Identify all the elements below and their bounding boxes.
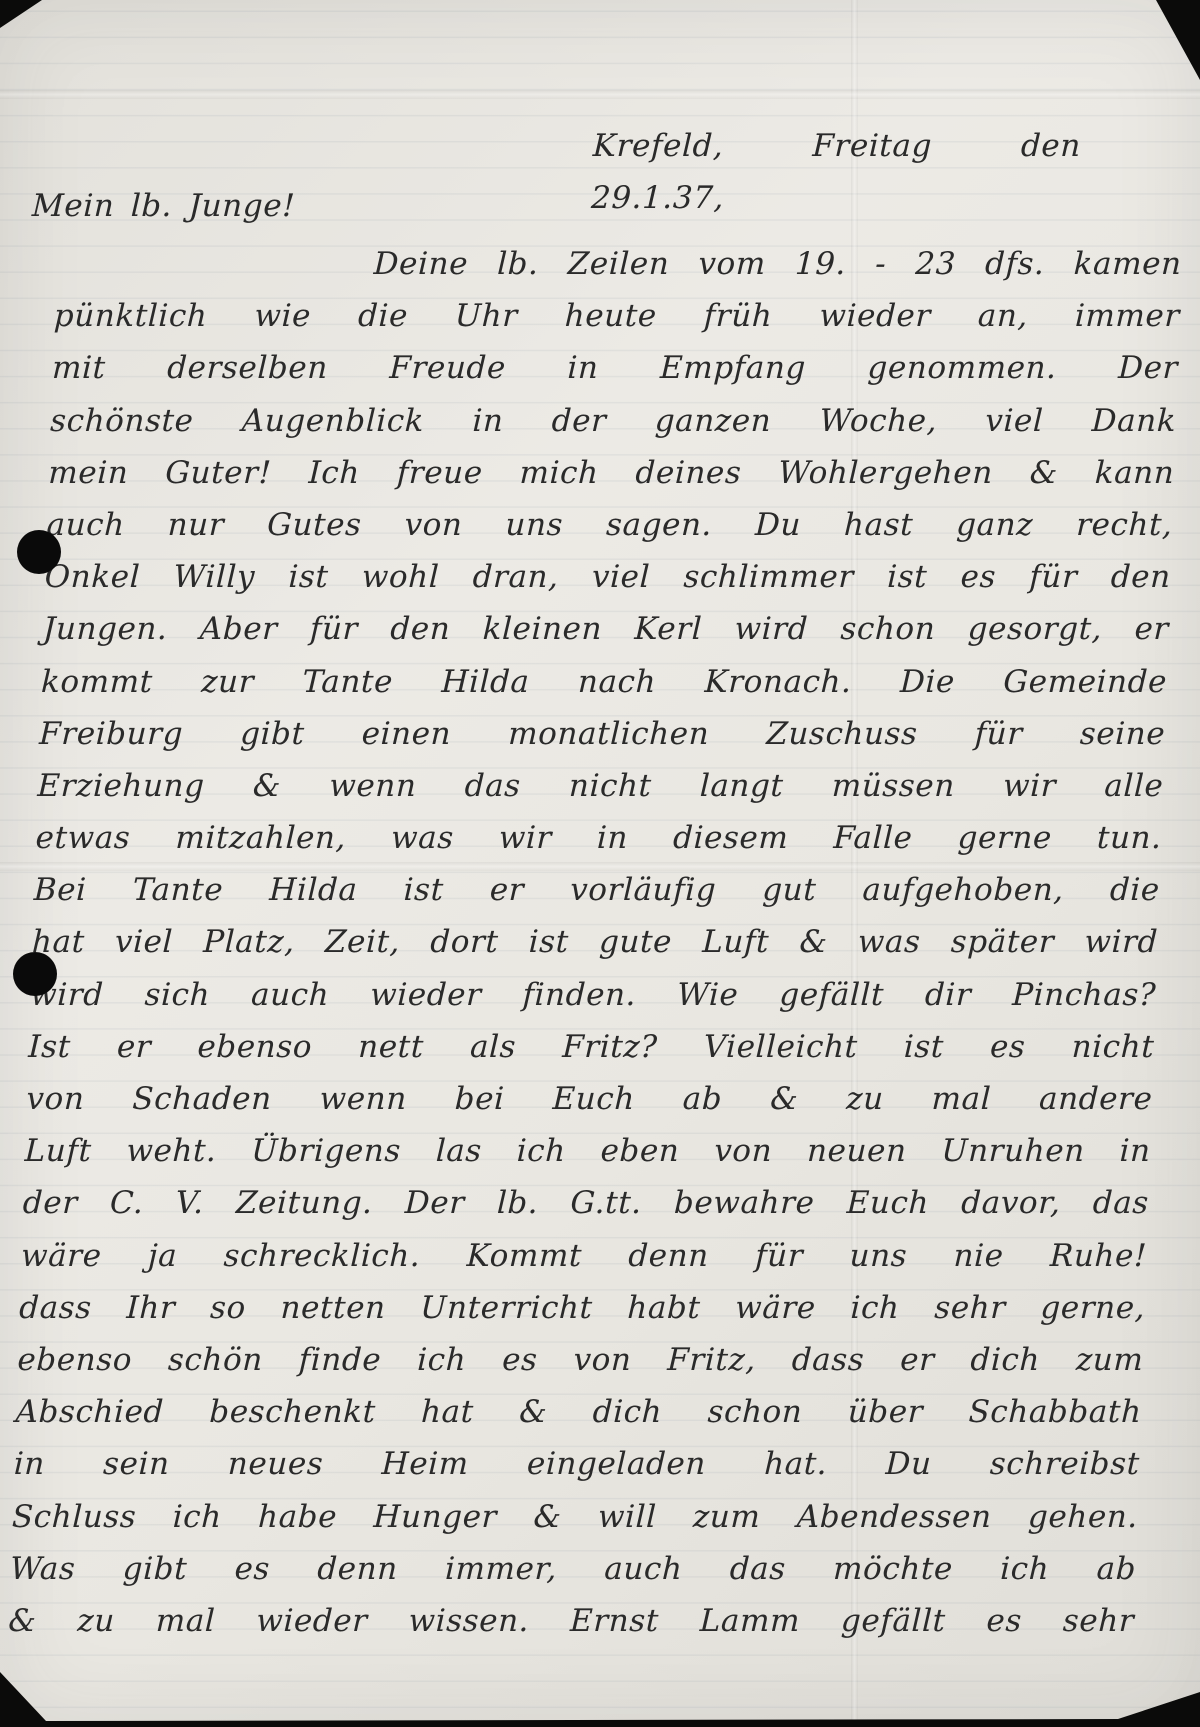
scan-background: { "page": { "kind": "scanned handwritten… xyxy=(0,0,1200,1727)
letter-line: schönste Augenblick in der ganzen Woche,… xyxy=(49,395,1177,447)
letter-line: mein Guter! Ich freue mich deines Wohler… xyxy=(47,447,1175,499)
letter-line: wird sich auch wieder finden. Wie gefäll… xyxy=(29,969,1157,1021)
letter-line: etwas mitzahlen, was wir in diesem Falle… xyxy=(35,812,1163,864)
letter-paper: Krefeld, Freitag den 29.1.37, Mein lb. J… xyxy=(0,0,1200,1727)
letter-line: Schluss ich habe Hunger & will zum Abend… xyxy=(11,1491,1139,1543)
dateline: Krefeld, Freitag den 29.1.37, xyxy=(590,120,1082,224)
letter-line: Onkel Willy ist wohl dran, viel schlimme… xyxy=(44,551,1172,603)
salutation: Mein lb. Junge! xyxy=(31,180,296,232)
letter-line: von Schaden wenn bei Euch ab & zu mal an… xyxy=(26,1073,1154,1125)
letter-line: hat viel Platz, Zeit, dort ist gute Luft… xyxy=(31,916,1159,968)
letter-line: Erziehung & wenn das nicht langt müssen … xyxy=(37,760,1165,812)
letter-line: & zu mal wieder wissen. Ernst Lamm gefäl… xyxy=(7,1595,1135,1647)
letter-line: Bei Tante Hilda ist er vorläufig gut auf… xyxy=(33,864,1161,916)
letter-line: Luft weht. Übrigens las ich eben von neu… xyxy=(24,1125,1152,1177)
letter-line: dass Ihr so netten Unterricht habt wäre … xyxy=(18,1282,1146,1334)
letter-line: Ist er ebenso nett als Fritz? Vielleicht… xyxy=(27,1021,1155,1073)
letter-line: mit derselben Freude in Empfang genommen… xyxy=(51,342,1179,394)
letter-line: pünktlich wie die Uhr heute früh wieder … xyxy=(53,290,1181,342)
letter-line: wäre ja schrecklich. Kommt denn für uns … xyxy=(20,1230,1148,1282)
letter-line: auch nur Gutes von uns sagen. Du hast ga… xyxy=(46,499,1174,551)
letter-line: Abschied beschenkt hat & dich schon über… xyxy=(15,1386,1143,1438)
letter-line: der C. V. Zeitung. Der lb. G.tt. bewahre… xyxy=(22,1177,1150,1229)
letter-body: Deine lb. Zeilen vom 19. - 23 dfs. kamen… xyxy=(7,238,1182,1647)
letter-line: Was gibt es denn immer, auch das möchte … xyxy=(9,1543,1137,1595)
horizontal-fold-crease-top xyxy=(0,90,1200,99)
hole-punch-bottom xyxy=(13,952,57,996)
letter-line: ebenso schön finde ich es von Fritz, das… xyxy=(17,1334,1145,1386)
letter-line: Jungen. Aber für den kleinen Kerl wird s… xyxy=(42,603,1170,655)
letter-line: Deine lb. Zeilen vom 19. - 23 dfs. kamen xyxy=(55,238,1183,290)
letter-line: Freiburg gibt einen monatlichen Zuschuss… xyxy=(38,708,1166,760)
letter-line: kommt zur Tante Hilda nach Kronach. Die … xyxy=(40,656,1168,708)
letter-line: in sein neues Heim eingeladen hat. Du sc… xyxy=(13,1438,1141,1490)
hole-punch-top xyxy=(17,530,61,574)
